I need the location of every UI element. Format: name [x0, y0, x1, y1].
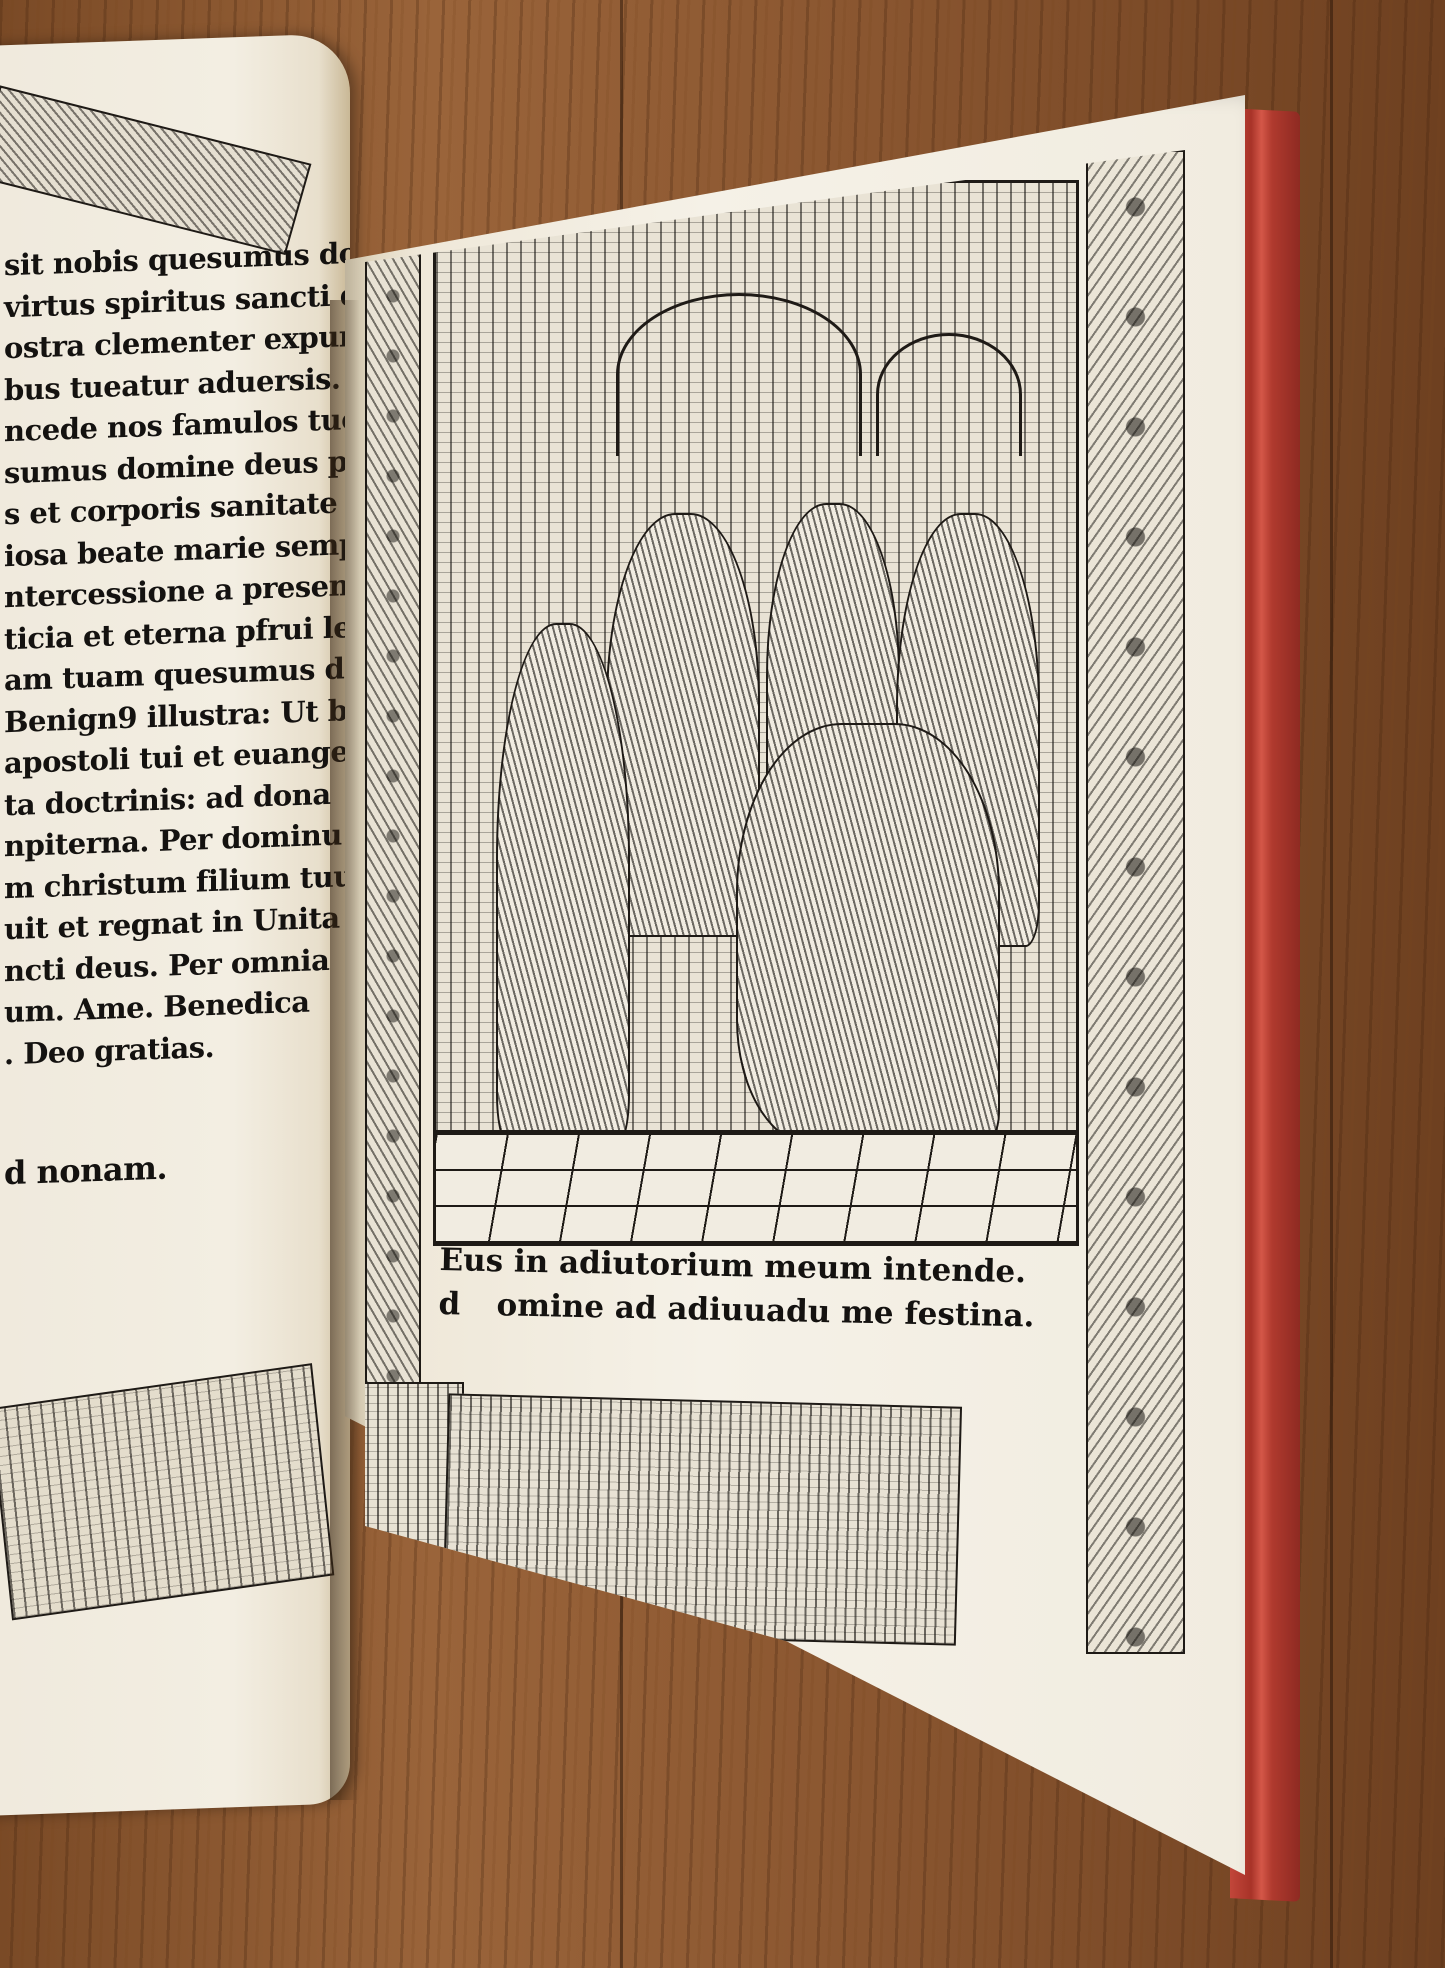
top-woodcut-border — [0, 85, 311, 255]
gutter-shadow — [330, 300, 360, 1800]
plank-gap — [1330, 0, 1333, 1968]
caption-text: Eus in adiutorium meum intende. domine a… — [438, 1238, 1080, 1339]
section-heading: d nonam. — [4, 1142, 314, 1194]
floral-border-right — [1086, 150, 1185, 1654]
canopy-arch — [616, 293, 862, 456]
kneeling-virgin-figure — [736, 723, 1000, 1147]
right-page-woodcut — [365, 150, 1185, 1750]
left-page: sit nobis quesumus domi virtus spiritus … — [0, 33, 350, 1817]
caption-initial: d — [438, 1282, 497, 1327]
caption-line-2-text: omine ad adiuuadu me festina. — [496, 1287, 1035, 1334]
bottom-woodcut-scene — [0, 1363, 334, 1620]
tiled-floor — [436, 1130, 1076, 1243]
presentation-woodcut — [433, 180, 1079, 1246]
woman-with-basket-figure — [496, 623, 630, 1147]
floral-border-left — [365, 210, 421, 1514]
side-arch — [876, 333, 1022, 456]
left-page-text: sit nobis quesumus domi virtus spiritus … — [4, 234, 314, 1194]
